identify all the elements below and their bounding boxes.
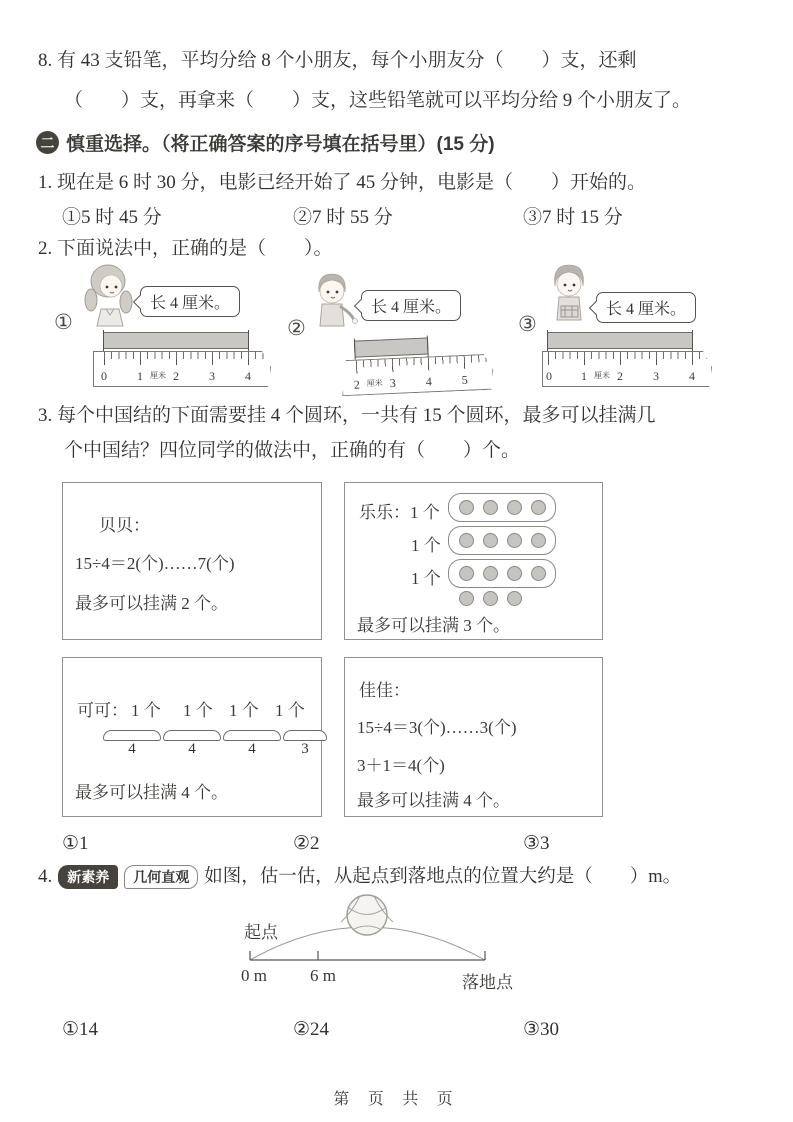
question-2-text: 2. 下面说法中，正确的是（ ）。	[38, 236, 333, 262]
measured-strip-3	[547, 332, 693, 349]
section-2-header: 二 慎重选择。（将正确答案的序号填在括号里）(15 分)	[36, 129, 495, 156]
ring-icon	[483, 591, 498, 606]
q1-option-1: ①5 时 45 分	[62, 202, 162, 229]
ruler-1-tick-1: 1	[137, 369, 143, 384]
ring-icon	[507, 591, 522, 606]
ring-icon	[507, 533, 522, 548]
ruler-2-tick-2: 4	[425, 374, 432, 389]
ruler-3-tick-0: 0	[546, 369, 552, 384]
ring-icon	[531, 500, 546, 515]
ruler-1-tick-3: 3	[209, 369, 215, 384]
group-count-3: 4	[223, 741, 281, 758]
question-3-line1: 3. 每个中国结的下面需要挂 4 个圆环，一共有 15 个圆环，最多可以挂满几	[38, 403, 656, 429]
beibei-conclusion: 最多可以挂满 2 个。	[75, 589, 228, 614]
q4-number: 4.	[38, 864, 52, 890]
lele-conclusion: 最多可以挂满 3 个。	[357, 611, 510, 636]
ring-icon	[483, 566, 498, 581]
ruler-1-unit-label: 厘米	[150, 370, 166, 381]
ring-group-3	[448, 559, 556, 588]
keke-unit-1: 1 个	[131, 696, 161, 721]
picture-3: ③ 长 4 厘米。 0 1 厘米 2 3 4	[512, 266, 747, 398]
q3-option-2: ②2	[293, 832, 320, 855]
ruler-3: 0 1 厘米 2 3 4	[542, 351, 712, 387]
section-number-badge: 二	[36, 131, 59, 154]
lele-row2-label: 1 个	[411, 531, 441, 556]
q1-option-3: ③7 时 15 分	[523, 202, 623, 229]
keke-groups: 4 4 4 3	[103, 730, 327, 758]
jiajia-formula-2: 3＋1＝4(个)	[357, 751, 445, 776]
ruler-2-tick-3: 5	[461, 373, 468, 388]
keke-unit-3: 1 个	[229, 696, 259, 721]
speech-text-1: 长 4 厘米。	[150, 295, 230, 312]
group-bracket	[103, 730, 161, 741]
q4-option-3: ③30	[523, 1018, 559, 1041]
badge-geometric-intuition: 几何直观	[124, 865, 198, 889]
loose-rings	[459, 591, 522, 606]
beibei-formula: 15÷4＝2(个)……7(个)	[75, 549, 234, 574]
ring-group-1	[448, 493, 556, 522]
picture-1-label: ①	[54, 310, 73, 335]
student-name-jiajia: 佳佳：	[359, 676, 410, 701]
ruler-3-tick-2: 2	[617, 369, 623, 384]
question-4-row: 4. 新素养 几何直观 如图，估一估，从起点到落地点的位置大约是（ ）m。	[38, 864, 681, 890]
ring-icon	[531, 566, 546, 581]
start-point-label: 起点	[244, 918, 278, 943]
section-title: 慎重选择。（将正确答案的序号填在括号里）(15 分)	[66, 129, 495, 156]
ruler-3-area: 0 1 厘米 2 3 4	[542, 330, 710, 388]
student-name-keke: 可可：	[77, 696, 128, 721]
ruler-2: 2 厘米 3 4 5	[341, 354, 494, 397]
lele-row1-label: 乐乐：1 个	[359, 498, 440, 523]
solution-box-jiajia: 佳佳： 15÷4＝3(个)……3(个) 3＋1＝4(个) 最多可以挂满 4 个。	[344, 657, 603, 817]
ring-icon	[459, 500, 474, 515]
ruler-1-tick-4: 4	[245, 369, 251, 384]
keke-unit-4: 1 个	[275, 696, 305, 721]
ring-icon	[507, 500, 522, 515]
landing-point-label: 落地点	[462, 968, 513, 993]
speech-bubble-2: 长 4 厘米。	[361, 290, 461, 321]
ruler-3-tick-4: 4	[689, 369, 695, 384]
page-footer: 第 页 共 页	[0, 1086, 793, 1109]
measured-strip-1	[103, 332, 249, 349]
lele-row3-label: 1 个	[411, 564, 441, 589]
q4-option-2: ②24	[293, 1018, 329, 1041]
jiajia-formula-1: 15÷4＝3(个)……3(个)	[357, 713, 516, 738]
ruler-2-area: 2 厘米 3 4 5	[340, 333, 492, 395]
q3-option-3: ③3	[523, 832, 550, 855]
keke-conclusion: 最多可以挂满 4 个。	[75, 778, 228, 803]
zero-m-label: 0 m	[241, 966, 267, 986]
keke-unit-2: 1 个	[183, 696, 213, 721]
question-1-text: 1. 现在是 6 时 30 分，电影已经开始了 45 分钟，电影是（ ）开始的。	[38, 170, 646, 196]
ruler-2-unit-label: 厘米	[367, 377, 383, 389]
ruler-3-unit-label: 厘米	[594, 370, 610, 381]
ring-icon	[459, 533, 474, 548]
ring-icon	[483, 500, 498, 515]
ring-icon	[459, 591, 474, 606]
badge-new-literacy: 新素养	[58, 865, 118, 889]
group-count-2: 4	[163, 741, 221, 758]
ring-icon	[483, 533, 498, 548]
q1-option-2: ②7 时 55 分	[293, 202, 393, 229]
question-4-text: 如图，估一估，从起点到落地点的位置大约是（ ）m。	[204, 864, 681, 890]
worksheet-page: { "q8": { "line1": "8. 有 43 支铅笔，平均分给 8 个…	[0, 0, 793, 1122]
boy-2-illustration	[542, 262, 598, 336]
q4-option-1: ①14	[62, 1018, 98, 1041]
picture-2-label: ②	[287, 316, 306, 341]
speech-text-2: 长 4 厘米。	[371, 299, 451, 316]
solution-box-beibei: 贝贝： 15÷4＝2(个)……7(个) 最多可以挂满 2 个。	[62, 482, 322, 640]
boy-illustration	[305, 270, 361, 340]
question-8-line1: 8. 有 43 支铅笔，平均分给 8 个小朋友，每个小朋友分（ ）支，还剩	[38, 48, 637, 74]
measured-strip-2	[354, 337, 429, 357]
ring-icon	[531, 533, 546, 548]
speech-bubble-1: 长 4 厘米。	[140, 286, 240, 317]
ruler-1: 0 1 厘米 2 3 4	[93, 351, 271, 387]
ring-icon	[459, 566, 474, 581]
question-8-line2: （ ）支，再拿来（ ）支，这些铅笔就可以平均分给 9 个小朋友了。	[64, 88, 691, 114]
picture-2: ② 长 4 厘米。 2 厘米 3 4 5	[283, 266, 518, 398]
ruler-2-tick-1: 3	[390, 376, 397, 391]
ring-icon	[507, 566, 522, 581]
solution-box-lele: 乐乐：1 个 1 个 1 个 最多可以挂满 3 个。	[344, 482, 603, 640]
ruler-1-area: 0 1 厘米 2 3 4	[93, 330, 269, 388]
jiajia-conclusion: 最多可以挂满 4 个。	[357, 786, 510, 811]
speech-text-3: 长 4 厘米。	[606, 301, 686, 318]
group-count-4: 3	[283, 741, 327, 758]
ring-group-2	[448, 526, 556, 555]
q3-option-1: ①1	[62, 832, 89, 855]
ruler-3-tick-1: 1	[581, 369, 587, 384]
group-bracket	[163, 730, 221, 741]
ruler-1-tick-2: 2	[173, 369, 179, 384]
ruler-3-tick-3: 3	[653, 369, 659, 384]
student-name-beibei: 贝贝：	[99, 511, 150, 536]
question-3-line2: 个中国结？四位同学的做法中，正确的有（ ）个。	[64, 438, 520, 464]
girl-illustration	[82, 262, 138, 338]
ruler-1-tick-0: 0	[101, 369, 107, 384]
ruler-2-tick-0: 2	[354, 377, 361, 392]
group-bracket	[223, 730, 281, 741]
group-count-1: 4	[103, 741, 161, 758]
picture-3-label: ③	[518, 312, 537, 337]
volleyball-icon	[341, 895, 393, 935]
group-bracket	[283, 730, 327, 741]
six-m-label: 6 m	[310, 966, 336, 986]
speech-bubble-3: 长 4 厘米。	[596, 292, 696, 323]
solution-box-keke: 可可： 1 个 1 个 1 个 1 个 4 4 4 3 最多可以挂满 4 个。	[62, 657, 322, 817]
picture-1: ① 长 4 厘米。 0 1 厘米 2 3 4	[52, 266, 287, 398]
